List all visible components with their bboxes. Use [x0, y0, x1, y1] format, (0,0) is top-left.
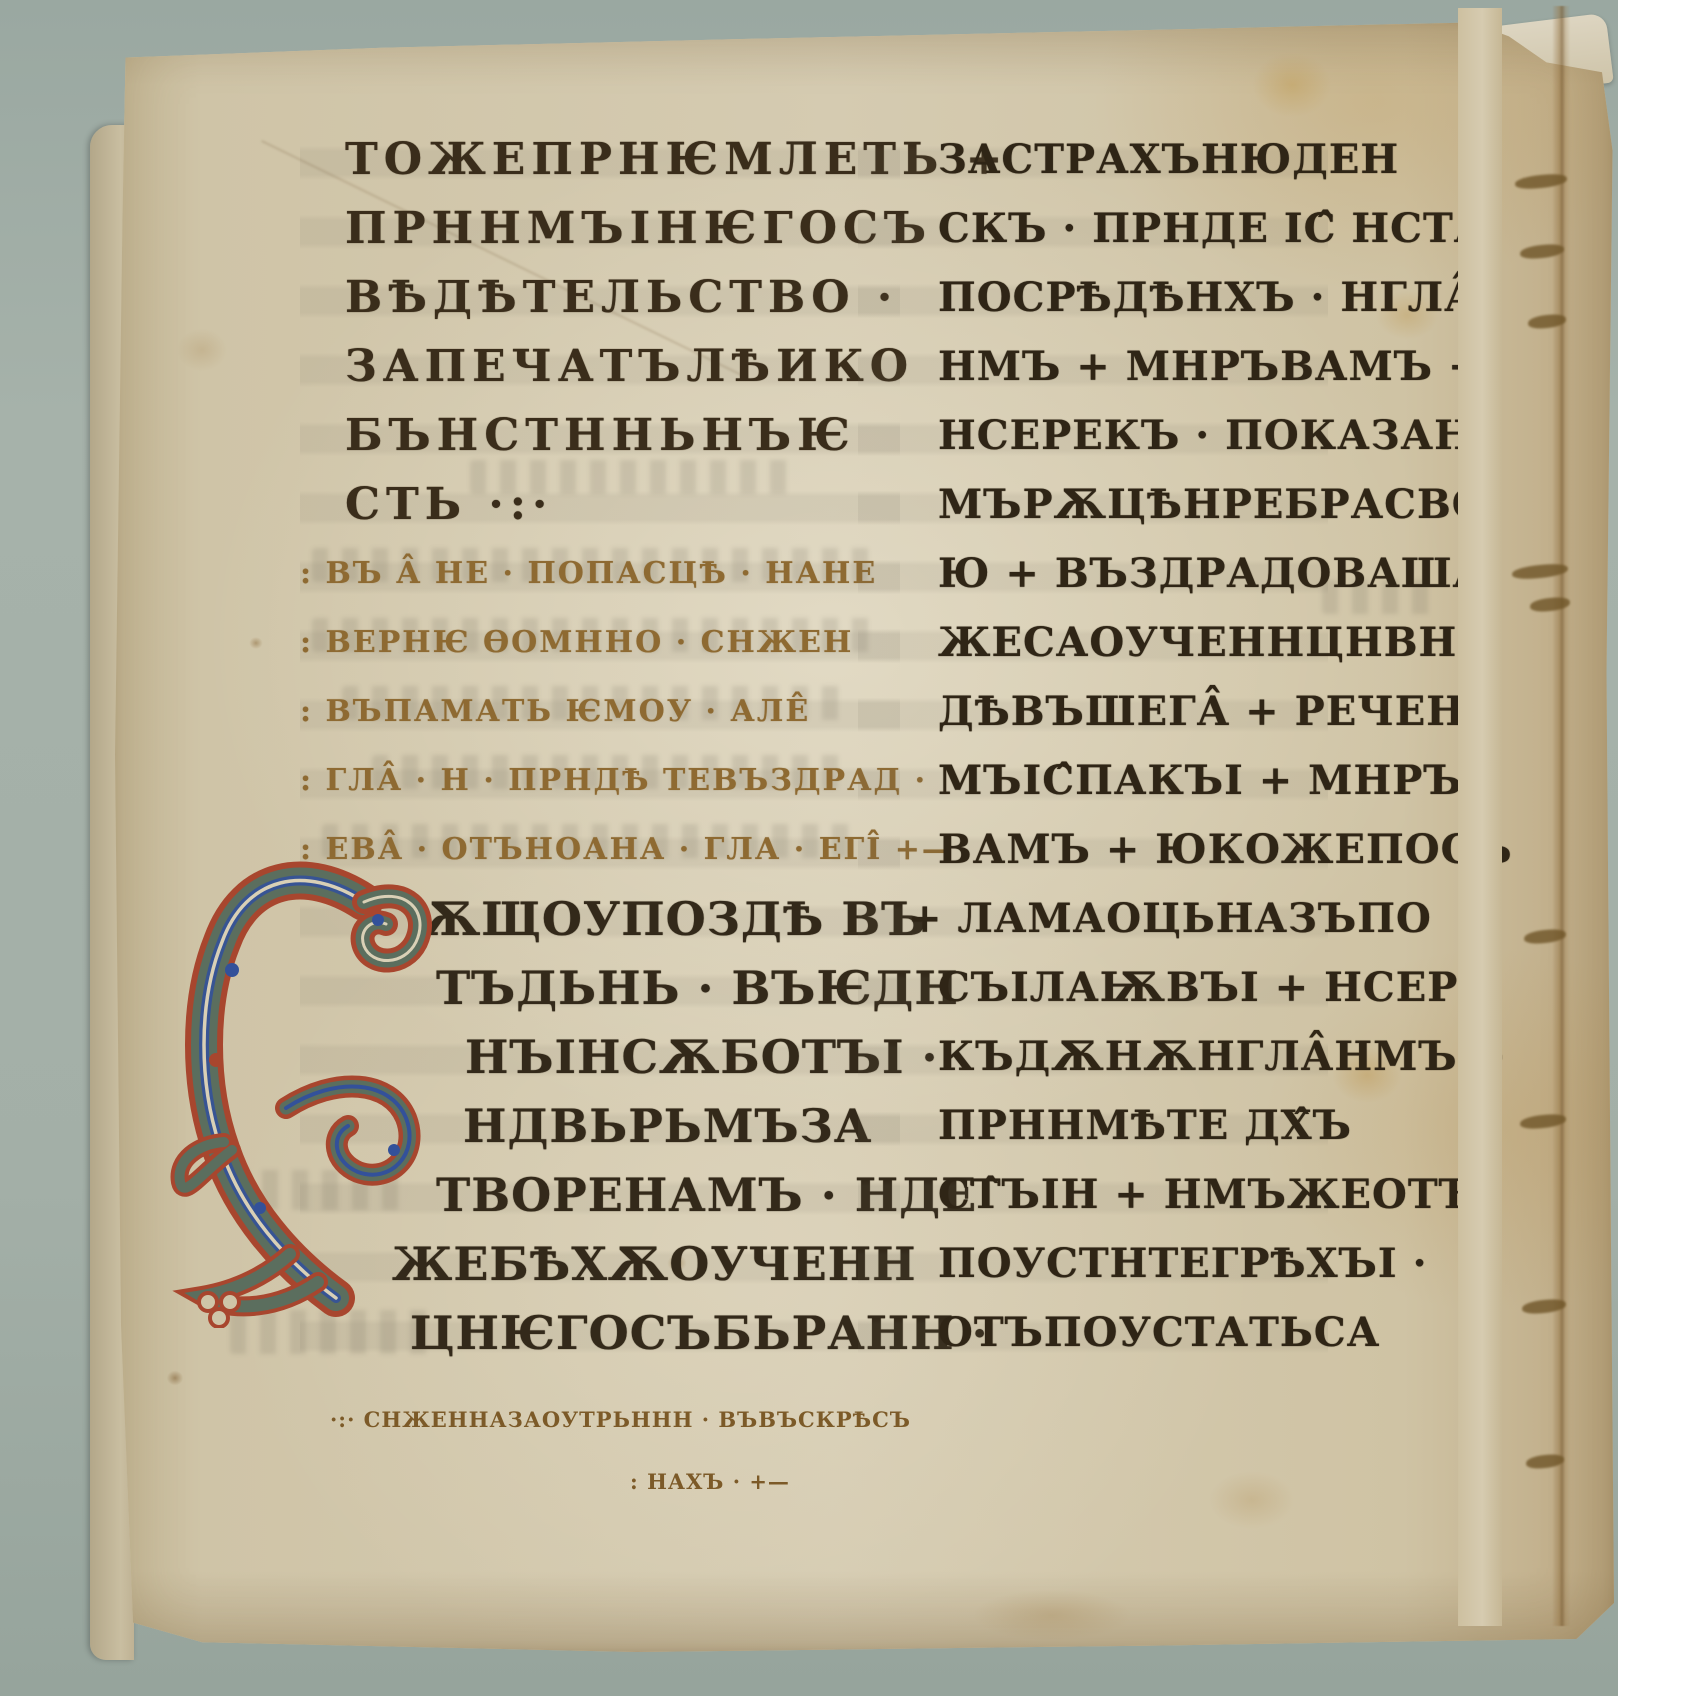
text-line: ПОУСТНТЕГРѢХЪІ ·: [858, 1229, 1328, 1298]
text-line: СТЬ ·:·: [300, 470, 900, 539]
stain: [164, 1368, 186, 1388]
text-line: ЖЕСАОУЧЕННЦНВН: [858, 608, 1328, 677]
text-line: ПРННМѢТЕ ДХ̂Ъ: [858, 1091, 1328, 1160]
text-line: ТОЖЕПРНѤМЛЕТЬ +: [300, 125, 900, 194]
rubric-line: : НАХЪ · +—: [330, 1450, 970, 1512]
rubric-line: : ГЛА̂ · Н · ПРНДѢ ТЕВЪЗДРАД ·: [300, 746, 900, 815]
initial-ornament: [168, 850, 443, 1328]
right-text-column: ЗАСТРАХЪНЮДЕН СКЪ · ПРНДЕ ІС̂ НСТА ПОСРѢ…: [858, 125, 1328, 1367]
illuminated-initial: С: [168, 850, 443, 1328]
text-line: НСЕРЕКЪ · ПОКАЗАН: [858, 401, 1328, 470]
photo-backdrop: ТОЖЕПРНѤМЛЕТЬ + ПРННМЪІНѤГОСЪ ВѢДѢТЕЛЬСТ…: [0, 0, 1618, 1696]
rubric-line: : ВЪ А̂ НЕ · ПОПАСЦѢ · НАНЕ: [300, 539, 900, 608]
stain: [942, 1580, 1162, 1650]
text-line: НМЪ + МНРЪВАМЪ +: [858, 332, 1328, 401]
text-line: ВАМЪ + ЮКОЖЕПОСЪ: [858, 815, 1328, 884]
text-line: КЪДѪНѪНГЛА̂НМЪ +: [858, 1022, 1328, 1091]
text-line: ВѢДѢТЕЛЬСТВО ·: [300, 263, 900, 332]
rubric-line: ·:· СНЖЕННАЗАОУТРЬННН · ВЪВЪСКРѢСЪ: [330, 1388, 970, 1450]
stain: [1237, 40, 1347, 130]
text-line: ДѢВЪШЕГА̂ + РЕЧЕН: [858, 677, 1328, 746]
text-line: ЗАПЕЧАТЪЛѢИКО: [300, 332, 900, 401]
stain: [1192, 1460, 1312, 1540]
text-line: ПОСРѢДѢНХЪ · НГЛА̂: [858, 263, 1328, 332]
text-line: МЪІС̂ПАКЪІ + МНРЪ: [858, 746, 1328, 815]
rubric-line: : ВЪПАМАТЬ ѤМОУ · АЛЕ̂: [300, 677, 900, 746]
stain: [167, 320, 237, 380]
conjugate-leaf-strip: [1458, 8, 1502, 1626]
text-line: ОТЪПОУСТАТЬСА: [858, 1298, 1328, 1367]
text-line: ПРННМЪІНѤГОСЪ: [300, 194, 900, 263]
stain: [247, 635, 265, 651]
text-segment: КЪДѪНѪНГЛА̂НМЪ: [938, 1033, 1473, 1080]
text-line: СТ̂ЪІН + НМЪЖЕОТЪ: [858, 1160, 1328, 1229]
text-line: + ЛАМАОЦЬНАЗЪПО: [858, 884, 1328, 953]
text-line: МЪРѪЦѢНРЕБРАСВО: [858, 470, 1328, 539]
manuscript-page: ТОЖЕПРНѤМЛЕТЬ + ПРННМЪІНѤГОСЪ ВѢДѢТЕЛЬСТ…: [112, 20, 1614, 1652]
text-line: БЪНСТННЬНЪѤ: [300, 401, 900, 470]
text-line: ЗАСТРАХЪНЮДЕН: [858, 125, 1328, 194]
text-line: Ю + ВЪЗДРАДОВАША: [858, 539, 1328, 608]
rubric-line: : ВЕРНѤ ѲОМННО · СНЖЕН: [300, 608, 900, 677]
text-line: СЪІЛАѬВЪІ + НСЕРЕ: [858, 953, 1328, 1022]
footer-rubric: ·:· СНЖЕННАЗАОУТРЬННН · ВЪВЪСКРѢСЪ : НАХ…: [330, 1388, 970, 1512]
text-line: СКЪ · ПРНДЕ ІС̂ НСТА: [858, 194, 1328, 263]
